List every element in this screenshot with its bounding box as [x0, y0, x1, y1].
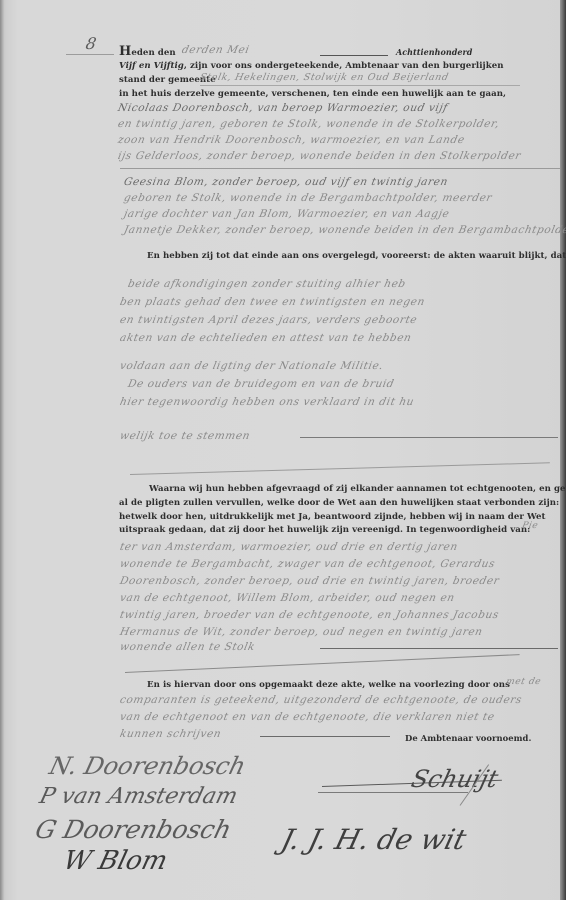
signature-official: Schuijt [409, 765, 502, 793]
bride-line: Geesina Blom, zonder beroep, oud vijf en… [123, 176, 449, 188]
documents-line: voldaan aan de ligting der Nationale Mil… [119, 360, 385, 372]
documents-line: welijk toe te stemmen [119, 430, 252, 442]
witness-end-rule [320, 648, 558, 649]
signature-witness-1: P van Amsterdam [37, 784, 240, 809]
municipality-handwritten: Stolk, Hekelingen, Stolwijk en Oud Beije… [199, 72, 450, 83]
documents-line: en twintigsten April dezes jaars, verder… [119, 314, 419, 326]
act-number-rule [66, 54, 114, 55]
page-right-edge [560, 0, 566, 900]
vows-line: uitspraak gedaan, dat zij door het huwel… [119, 525, 530, 535]
witness-line: Hermanus de Wit, zonder beroep, oud nege… [119, 626, 484, 638]
preamble-line-4: in het huis derzelve gemeente, verschene… [119, 89, 506, 99]
witness-line: ter van Amsterdam, warmoezier, oud drie … [119, 541, 459, 553]
documents-line: ben plaats gehad den twee en twintigsten… [119, 296, 426, 308]
preamble-line-2: Vijf en Vijftig, zijn voor ons ondergete… [119, 61, 504, 71]
date-handwritten: derden Mei [181, 44, 251, 56]
closing-intro: En is hiervan door ons opgemaakt deze ak… [147, 680, 510, 690]
documents-end-rule [300, 437, 558, 438]
documents-line: beide afkondigingen zonder stuiting alhi… [127, 278, 407, 290]
documents-line: De ouders van de bruidegom en van de bru… [127, 378, 396, 390]
witness-line: Doorenbosch, zonder beroep, oud drie en … [119, 575, 501, 587]
documents-intro: En hebben zij tot dat einde aan ons over… [147, 251, 566, 261]
date-fill-rule [320, 55, 388, 56]
groom-line: ijs Gelderloos, zonder beroep, wonende b… [117, 150, 522, 162]
witness-start: Pie [521, 521, 539, 531]
diagonal-rule [130, 462, 550, 475]
signature-groom: N. Doorenbosch [47, 752, 249, 780]
act-number: 8 [84, 34, 98, 53]
groom-line: en twintig jaren, geboren te Stolk, wone… [117, 118, 501, 130]
preamble-line-1: Heden den [119, 44, 176, 59]
signature-witness-3: W Blom [60, 846, 170, 876]
vows-line: al de pligten zullen vervullen, welke do… [119, 498, 559, 508]
year-italic: Vijf en Vijftig [119, 61, 184, 71]
witness-line: wonende te Bergambacht, zwager van de ec… [119, 558, 497, 570]
closing-line: kunnen schrijven [119, 728, 223, 740]
bride-line: jarige dochter van Jan Blom, Warmoezier,… [123, 208, 451, 220]
document-page: 8 Heden den derden Mei Achttienhonderd V… [0, 0, 566, 900]
closing-line: comparanten is geteekend, uitgezonderd d… [119, 694, 523, 706]
year-prefix: Achttienhonderd [396, 47, 472, 57]
bride-line: geboren te Stolk, wonende in de Bergamba… [123, 192, 494, 204]
bride-line: Jannetje Dekker, zonder beroep, wonende … [123, 224, 566, 236]
groom-line: Nicolaas Doorenbosch, van beroep Warmoez… [117, 102, 449, 114]
witness-line: van de echtgenoot, Willem Blom, arbeider… [119, 592, 456, 604]
witness-line: twintig jaren, broeder van de echtgenoot… [119, 609, 500, 621]
closing-hand-end: met de [505, 677, 542, 687]
municipality-rule [200, 85, 520, 86]
section-rule [120, 168, 560, 169]
documents-line: hier tegenwoordig hebben ons verklaard i… [119, 396, 416, 408]
drop-initial: H [119, 44, 131, 59]
diagonal-rule-2 [125, 654, 520, 673]
documents-line: akten van de echtelieden en attest van t… [119, 332, 413, 344]
closing-line: van de echtgenoot en van de echtgenoote,… [119, 711, 496, 723]
closing-end-rule [260, 736, 390, 737]
official-label: De Ambtenaar voornoemd. [405, 733, 531, 743]
signature-witness-4: J. J. H. de wit [278, 823, 470, 856]
page-left-edge [0, 0, 4, 900]
signature-witness-2: G Doorenbosch [32, 815, 234, 844]
witness-line: wonende allen te Stolk [119, 641, 257, 653]
vows-line: hetwelk door hen, uitdrukkelijk met Ja, … [119, 512, 546, 522]
groom-line: zoon van Hendrik Doorenbosch, warmoezier… [117, 134, 466, 146]
vows-line: Waarna wij hun hebben afgevraagd of zij … [149, 484, 566, 494]
